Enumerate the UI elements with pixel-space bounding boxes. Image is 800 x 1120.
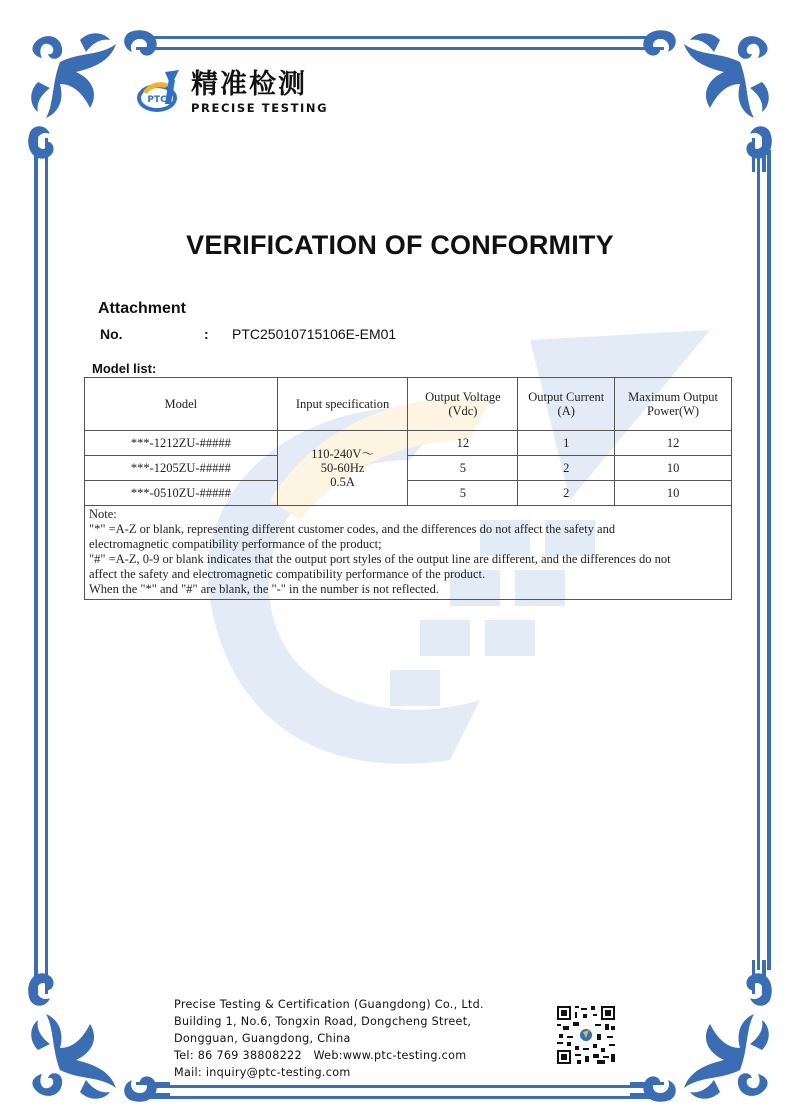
svg-text:PTC: PTC — [147, 95, 167, 105]
report-number-row: No. : PTC25010715106E-EM01 — [100, 326, 396, 342]
frame-left-outer — [34, 150, 38, 970]
cell-current: 2 — [518, 456, 615, 481]
table-header-row: Model Input specification Output Voltage… — [85, 378, 732, 431]
footer-address-line-1: Building 1, No.6, Tongxin Road, Dongchen… — [174, 1013, 484, 1030]
report-number-value: PTC25010715106E-EM01 — [232, 326, 396, 342]
header-max-power: Maximum Output Power(W) — [615, 378, 732, 431]
cell-input-spec: 110-240V～ 50-60Hz 0.5A — [277, 431, 408, 506]
model-list-label: Model list: — [92, 361, 156, 376]
header-output-voltage: Output Voltage (Vdc) — [408, 378, 518, 431]
cell-current: 1 — [518, 431, 615, 456]
ptc-logo-icon: PTC — [135, 68, 185, 118]
table-row: ***-0510ZU-##### 5 2 10 — [85, 481, 732, 506]
logo-english-name: PRECISE TESTING — [191, 101, 328, 115]
cell-voltage: 5 — [408, 481, 518, 506]
header-output-current: Output Current (A) — [518, 378, 615, 431]
cell-voltage: 12 — [408, 431, 518, 456]
frame-top-inner — [150, 47, 650, 50]
ornament-corner-bottom-left-icon — [20, 960, 170, 1110]
frame-bottom-outer — [150, 1096, 650, 1099]
frame-right-outer — [767, 150, 771, 970]
report-number-colon: : — [204, 326, 232, 342]
ornament-corner-top-right-icon — [630, 22, 780, 172]
ornament-corner-bottom-right-icon — [630, 960, 780, 1110]
company-footer: Precise Testing & Certification (Guangdo… — [174, 996, 484, 1081]
footer-mail: Mail: inquiry@ptc-testing.com — [174, 1064, 484, 1081]
report-number-label: No. — [100, 326, 204, 342]
cell-model: ***-1212ZU-##### — [85, 431, 278, 456]
cell-power: 10 — [615, 456, 732, 481]
frame-top-outer — [150, 36, 650, 39]
frame-right-inner — [757, 150, 760, 970]
qr-code-icon — [555, 1003, 617, 1067]
cell-power: 12 — [615, 431, 732, 456]
header-model: Model — [85, 378, 278, 431]
header-input-spec: Input specification — [277, 378, 408, 431]
table-note: Note: "*" =A-Z or blank, representing di… — [85, 506, 732, 600]
table-note-row: Note: "*" =A-Z or blank, representing di… — [85, 506, 732, 600]
footer-company-name: Precise Testing & Certification (Guangdo… — [174, 996, 484, 1013]
frame-left-inner — [45, 150, 48, 970]
cell-model: ***-0510ZU-##### — [85, 481, 278, 506]
document-title: VERIFICATION OF CONFORMITY — [0, 230, 800, 261]
footer-tel-web: Tel: 86 769 38808222 Web:www.ptc-testing… — [174, 1047, 484, 1064]
frame-bottom-inner — [150, 1085, 650, 1088]
cell-model: ***-1205ZU-##### — [85, 456, 278, 481]
cell-power: 10 — [615, 481, 732, 506]
cell-current: 2 — [518, 481, 615, 506]
footer-address-line-2: Dongguan, Guangdong, China — [174, 1030, 484, 1047]
table-row: ***-1205ZU-##### 5 2 10 — [85, 456, 732, 481]
company-logo: PTC 精准检测 PRECISE TESTING — [135, 68, 328, 118]
model-table: Model Input specification Output Voltage… — [84, 377, 732, 600]
attachment-heading: Attachment — [98, 300, 186, 318]
table-row: ***-1212ZU-##### 110-240V～ 50-60Hz 0.5A … — [85, 431, 732, 456]
cell-voltage: 5 — [408, 456, 518, 481]
logo-chinese-name: 精准检测 — [191, 71, 328, 99]
